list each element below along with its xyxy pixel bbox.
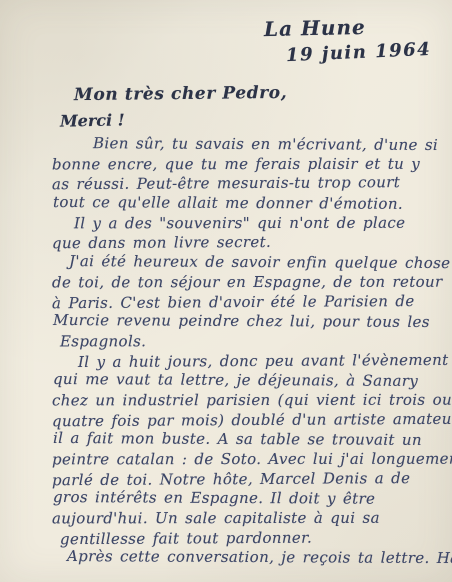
letter-opening: Merci ! (60, 110, 125, 130)
letter-line: Espagnols. (52, 332, 448, 352)
letter-paper: La Hune 19 juin 1964 Mon très cher Pedro… (0, 0, 452, 582)
letter-line: tout ce qu'elle allait me donner d'émoti… (53, 193, 449, 215)
letter-line: parlé de toi. Notre hôte, Marcel Denis a… (52, 468, 448, 490)
letter-line: quatre fois par mois) doublé d'un artist… (52, 409, 448, 431)
letter-line: Il y a des "souvenirs" qui n'ont de plac… (52, 213, 448, 233)
letter-line: Après cette conversation, je reçois ta l… (53, 547, 449, 569)
letter-body: Bien sûr, tu savais en m'écrivant, d'une… (52, 135, 448, 568)
letter-date: 19 juin 1964 (286, 39, 432, 66)
letter-place: La Hune (264, 15, 366, 41)
letter-line: aujourd'hui. Un sale capitaliste à qui s… (52, 509, 448, 529)
letter-line: il a fait mon buste. A sa table se trouv… (53, 429, 449, 451)
letter-line: J'ai été heureux de savoir enfin quelque… (53, 252, 449, 274)
letter-salutation: Mon très cher Pedro, (74, 83, 287, 105)
letter-line: Il y a huit jours, donc peu avant l'évèn… (52, 350, 448, 372)
letter-line: bonne encre, que tu me ferais plaisir et… (52, 154, 448, 174)
letter-line: à Paris. C'est bien d'avoir été le Paris… (52, 291, 448, 313)
letter-line: peintre catalan : de Soto. Avec lui j'ai… (52, 450, 448, 470)
letter-line: gros intérêts en Espagne. Il doit y être (53, 488, 449, 510)
letter-line: chez un industriel parisien (qui vient i… (52, 391, 448, 411)
letter-line: Murcie revenu peindre chez lui, pour tou… (53, 311, 449, 333)
letter-line: qui me vaut ta lettre, je déjeunais, à S… (53, 370, 449, 392)
letter-line: Bien sûr, tu savais en m'écrivant, d'une… (53, 134, 449, 156)
letter-line: que dans mon livre secret. (52, 232, 448, 254)
letter-line: as réussi. Peut-être mesurais-tu trop co… (52, 173, 448, 195)
letter-line: de toi, de ton séjour en Espagne, de ton… (52, 272, 448, 292)
